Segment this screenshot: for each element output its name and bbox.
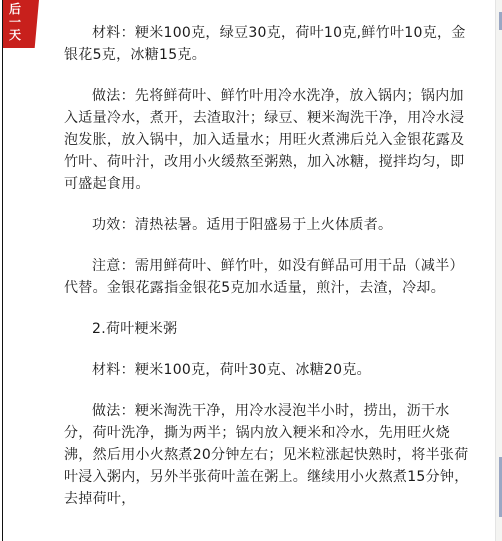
document-body: 材料：粳米100克，绿豆30克，荷叶10克,鲜竹叶10克，金银花5克，冰糖15克… <box>64 22 474 529</box>
recipe2-materials: 材料：粳米100克，荷叶30克、冰糖20克。 <box>64 359 474 381</box>
page-left-border <box>2 0 3 541</box>
recipe1-method: 做法：先将鲜荷叶、鲜竹叶用冷水洗净，放入锅内；锅内加入适量冷水，煮开，去渣取汁；… <box>64 85 474 195</box>
recipe2-method: 做法：粳米淘洗干净，用冷水浸泡半小时，捞出，沥干水分，荷叶洗净，撕为两半；锅内放… <box>64 400 474 510</box>
vertical-scrollbar[interactable] <box>495 0 502 541</box>
tag-char: 天 <box>9 29 21 42</box>
recipe1-effect: 功效：清热祛暑。适用于阳盛易于上火体质者。 <box>64 214 474 236</box>
recipe2-title: 2.荷叶粳米粥 <box>64 318 474 340</box>
recipe1-materials: 材料：粳米100克，绿豆30克，荷叶10克,鲜竹叶10克，金银花5克，冰糖15克… <box>64 22 474 66</box>
recipe1-note: 注意：需用鲜荷叶、鲜竹叶，如没有鲜品可用干品（减半）代替。金银花露指金银花5克加… <box>64 255 474 299</box>
next-day-tag[interactable]: 后 一 天 <box>3 0 39 48</box>
